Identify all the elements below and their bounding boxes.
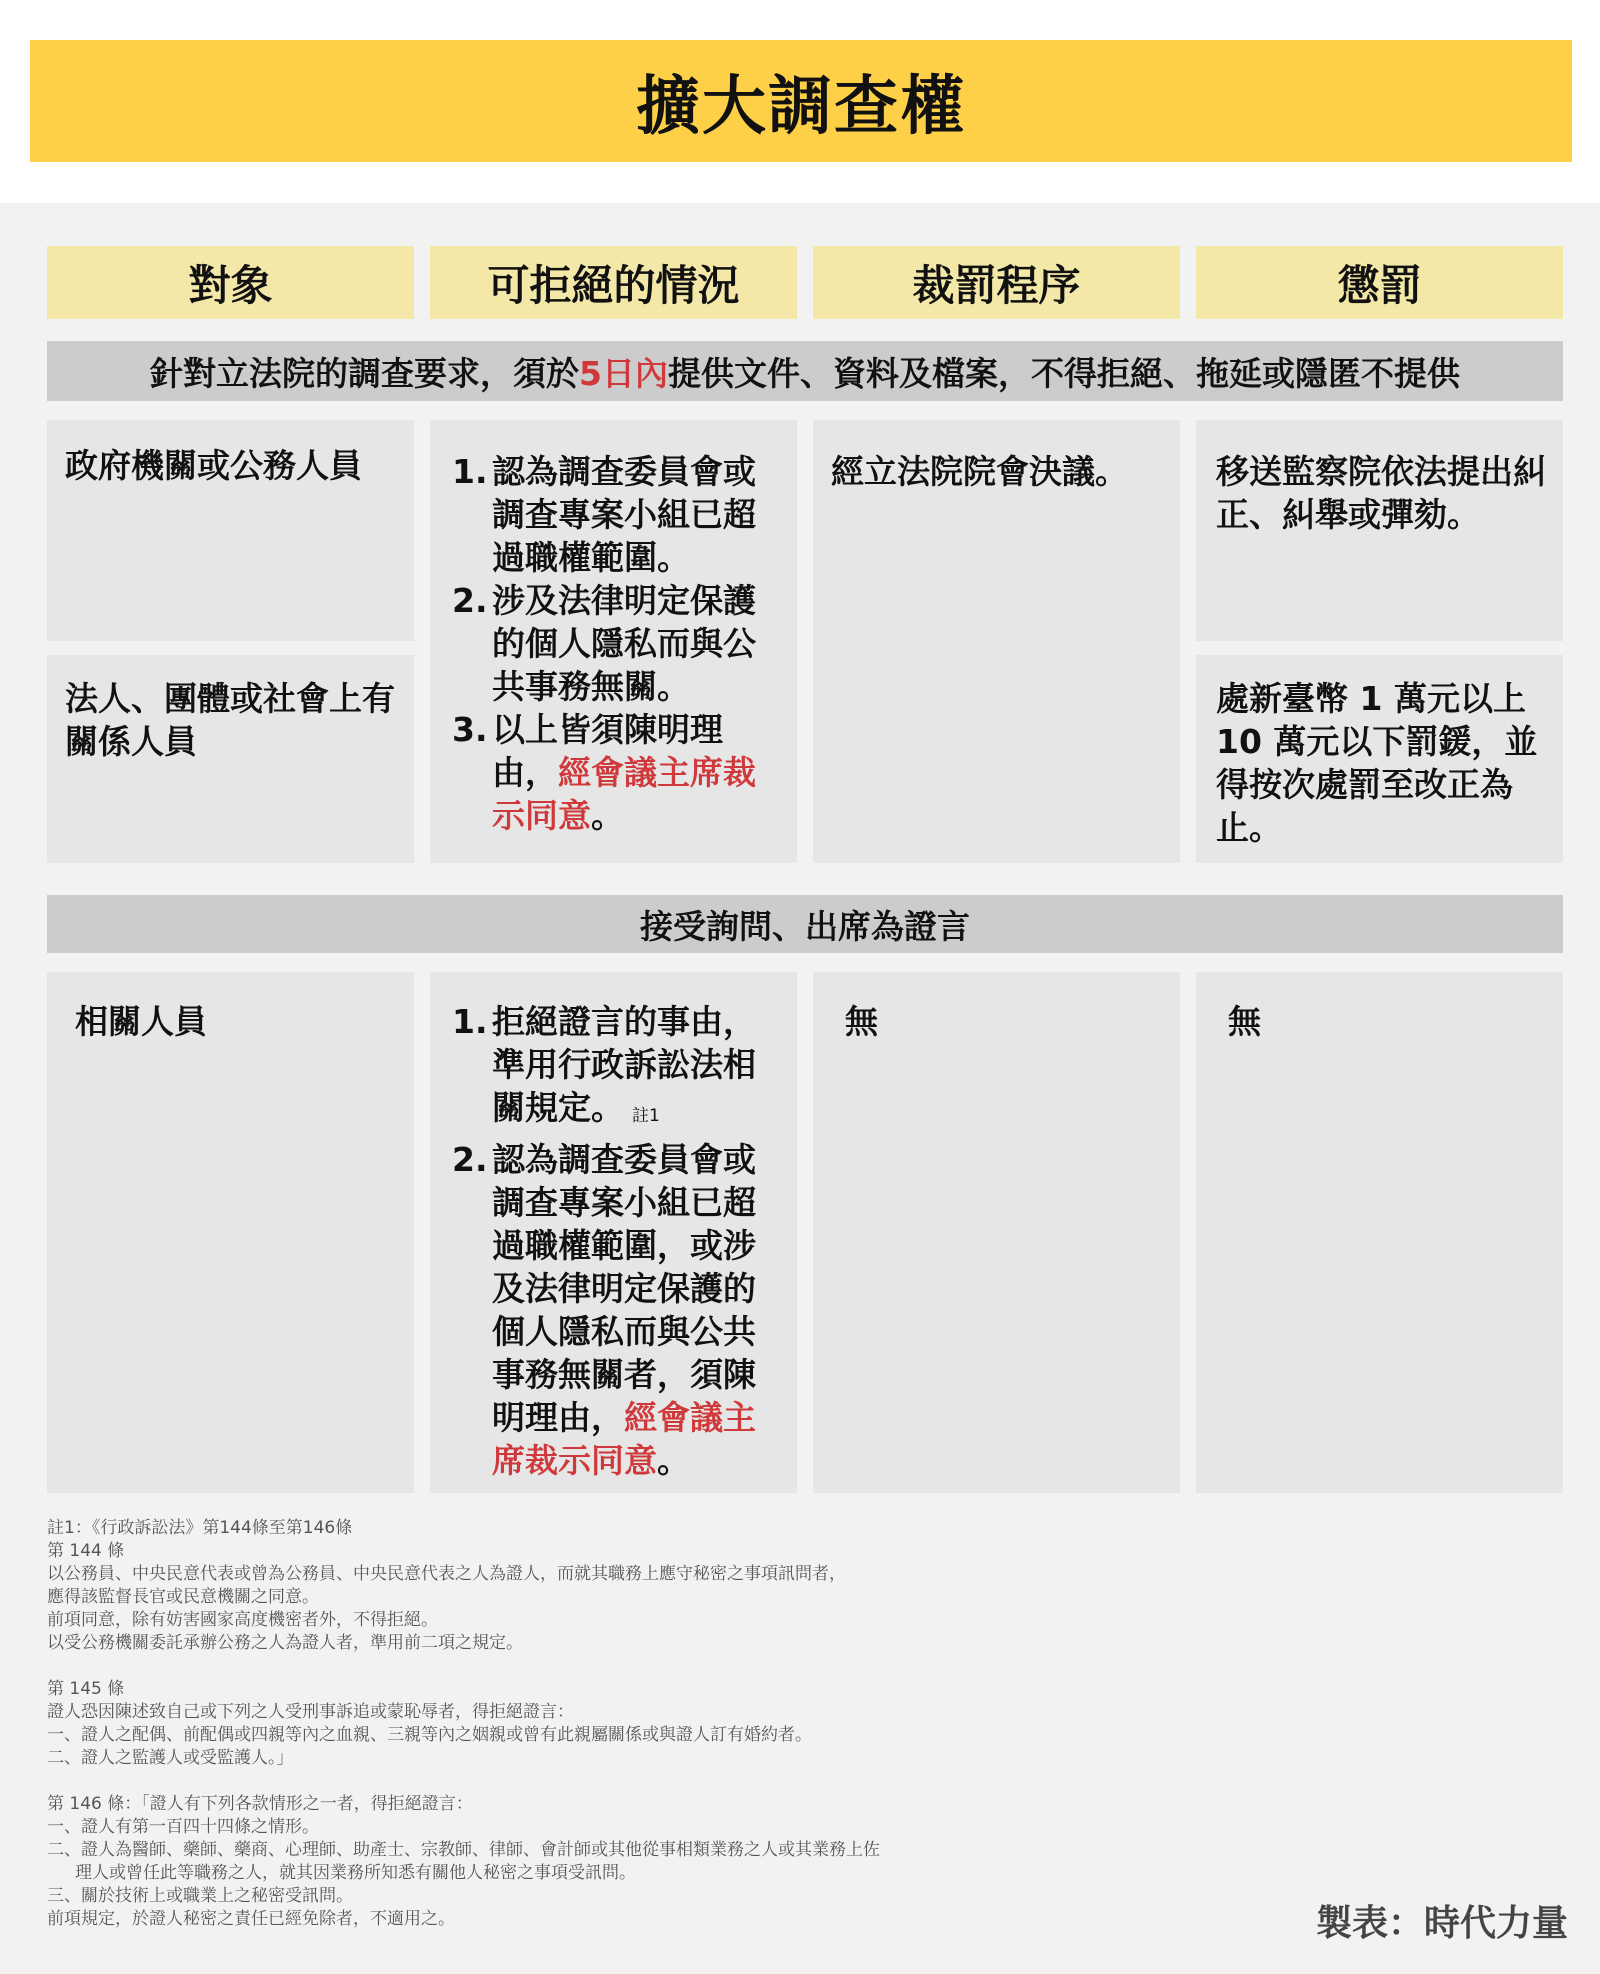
- header-penalty: 懲罰: [1196, 246, 1563, 319]
- article-145: 第 145 條 證人恐因陳述致自己或下列之人受刑事訴追或蒙恥辱者，得拒絕證言： …: [47, 1678, 1047, 1770]
- article-144: 第 144 條 以公務員、中央民意代表或曾為公務員、中央民意代表之人為證人，而就…: [47, 1540, 1047, 1655]
- footnote-heading: 註1：《行政訴訟法》第144條至第146條: [47, 1517, 1047, 1540]
- penalty-cell-2: 無: [1196, 972, 1563, 1493]
- penalty-government: 移送監察院依法提出糾正、糾舉或彈劾。: [1216, 450, 1551, 536]
- refusal-list-2: 1. 拒絕證言的事由，準用行政訴訟法相關規定。註1 2. 認為調查委員會或調查專…: [452, 1000, 782, 1482]
- header-procedure: 裁罰程序: [813, 246, 1180, 319]
- footnotes: 註1：《行政訴訟法》第144條至第146條 第 144 條 以公務員、中央民意代…: [47, 1517, 1047, 1954]
- penalty-none: 無: [1228, 1000, 1261, 1043]
- banner-text-prefix: 針對立法院的調查要求，須於: [150, 348, 579, 395]
- penalty-cell-government: 移送監察院依法提出糾正、糾舉或彈劾。: [1196, 420, 1563, 641]
- refusal-cell-1: 1. 認為調查委員會或調查專案小組已超過職權範圍。 2. 涉及法律明定保護的個人…: [430, 420, 797, 863]
- title-bar: 擴大調查權: [30, 40, 1572, 162]
- target-related: 相關人員: [75, 1000, 405, 1043]
- target-entities: 法人、團體或社會上有關係人員: [65, 677, 405, 763]
- footnote-ref: 註1: [632, 1106, 660, 1126]
- header-refusal: 可拒絕的情況: [430, 246, 797, 319]
- refusal-item: 1. 拒絕證言的事由，準用行政訴訟法相關規定。註1: [452, 1000, 782, 1138]
- banner-highlight: 5日內: [579, 348, 668, 395]
- target-cell-related: 相關人員: [47, 972, 414, 1493]
- target-cell-government: 政府機關或公務人員: [47, 420, 414, 641]
- credit: 製表：時代力量: [1316, 1895, 1568, 1946]
- article-146: 第 146 條：「證人有下列各款情形之一者，得拒絕證言： 一、證人有第一百四十四…: [47, 1793, 1047, 1931]
- banner-text-suffix: 提供文件、資料及檔案，不得拒絕、拖延或隱匿不提供: [668, 348, 1460, 395]
- refusal-cell-2: 1. 拒絕證言的事由，準用行政訴訟法相關規定。註1 2. 認為調查委員會或調查專…: [430, 972, 797, 1493]
- refusal-item: 3. 以上皆須陳明理由，經會議主席裁示同意。: [452, 708, 782, 837]
- procedure-text: 經立法院院會決議。: [831, 450, 1171, 493]
- header-target: 對象: [47, 246, 414, 319]
- section2-banner: 接受詢問、出席為證言: [47, 895, 1563, 953]
- page-title: 擴大調查權: [636, 55, 966, 147]
- penalty-cell-entities: 處新臺幣 1 萬元以上 10 萬元以下罰鍰，並得按次處罰至改正為止。: [1196, 655, 1563, 863]
- procedure-cell-2: 無: [813, 972, 1180, 1493]
- refusal-list-1: 1. 認為調查委員會或調查專案小組已超過職權範圍。 2. 涉及法律明定保護的個人…: [452, 450, 782, 837]
- refusal-item: 1. 認為調查委員會或調查專案小組已超過職權範圍。: [452, 450, 782, 579]
- penalty-entities: 處新臺幣 1 萬元以上 10 萬元以下罰鍰，並得按次處罰至改正為止。: [1216, 677, 1551, 849]
- target-government: 政府機關或公務人員: [65, 444, 405, 487]
- procedure-none: 無: [845, 1000, 878, 1043]
- section2-banner-text: 接受詢問、出席為證言: [640, 901, 970, 948]
- refusal-item: 2. 涉及法律明定保護的個人隱私而與公共事務無關。: [452, 579, 782, 708]
- target-cell-entities: 法人、團體或社會上有關係人員: [47, 655, 414, 863]
- refusal-item: 2. 認為調查委員會或調查專案小組已超過職權範圍，或涉及法律明定保護的個人隱私而…: [452, 1138, 782, 1482]
- procedure-cell-1: 經立法院院會決議。: [813, 420, 1180, 863]
- section1-banner: 針對立法院的調查要求，須於5日內提供文件、資料及檔案，不得拒絕、拖延或隱匿不提供: [47, 341, 1563, 401]
